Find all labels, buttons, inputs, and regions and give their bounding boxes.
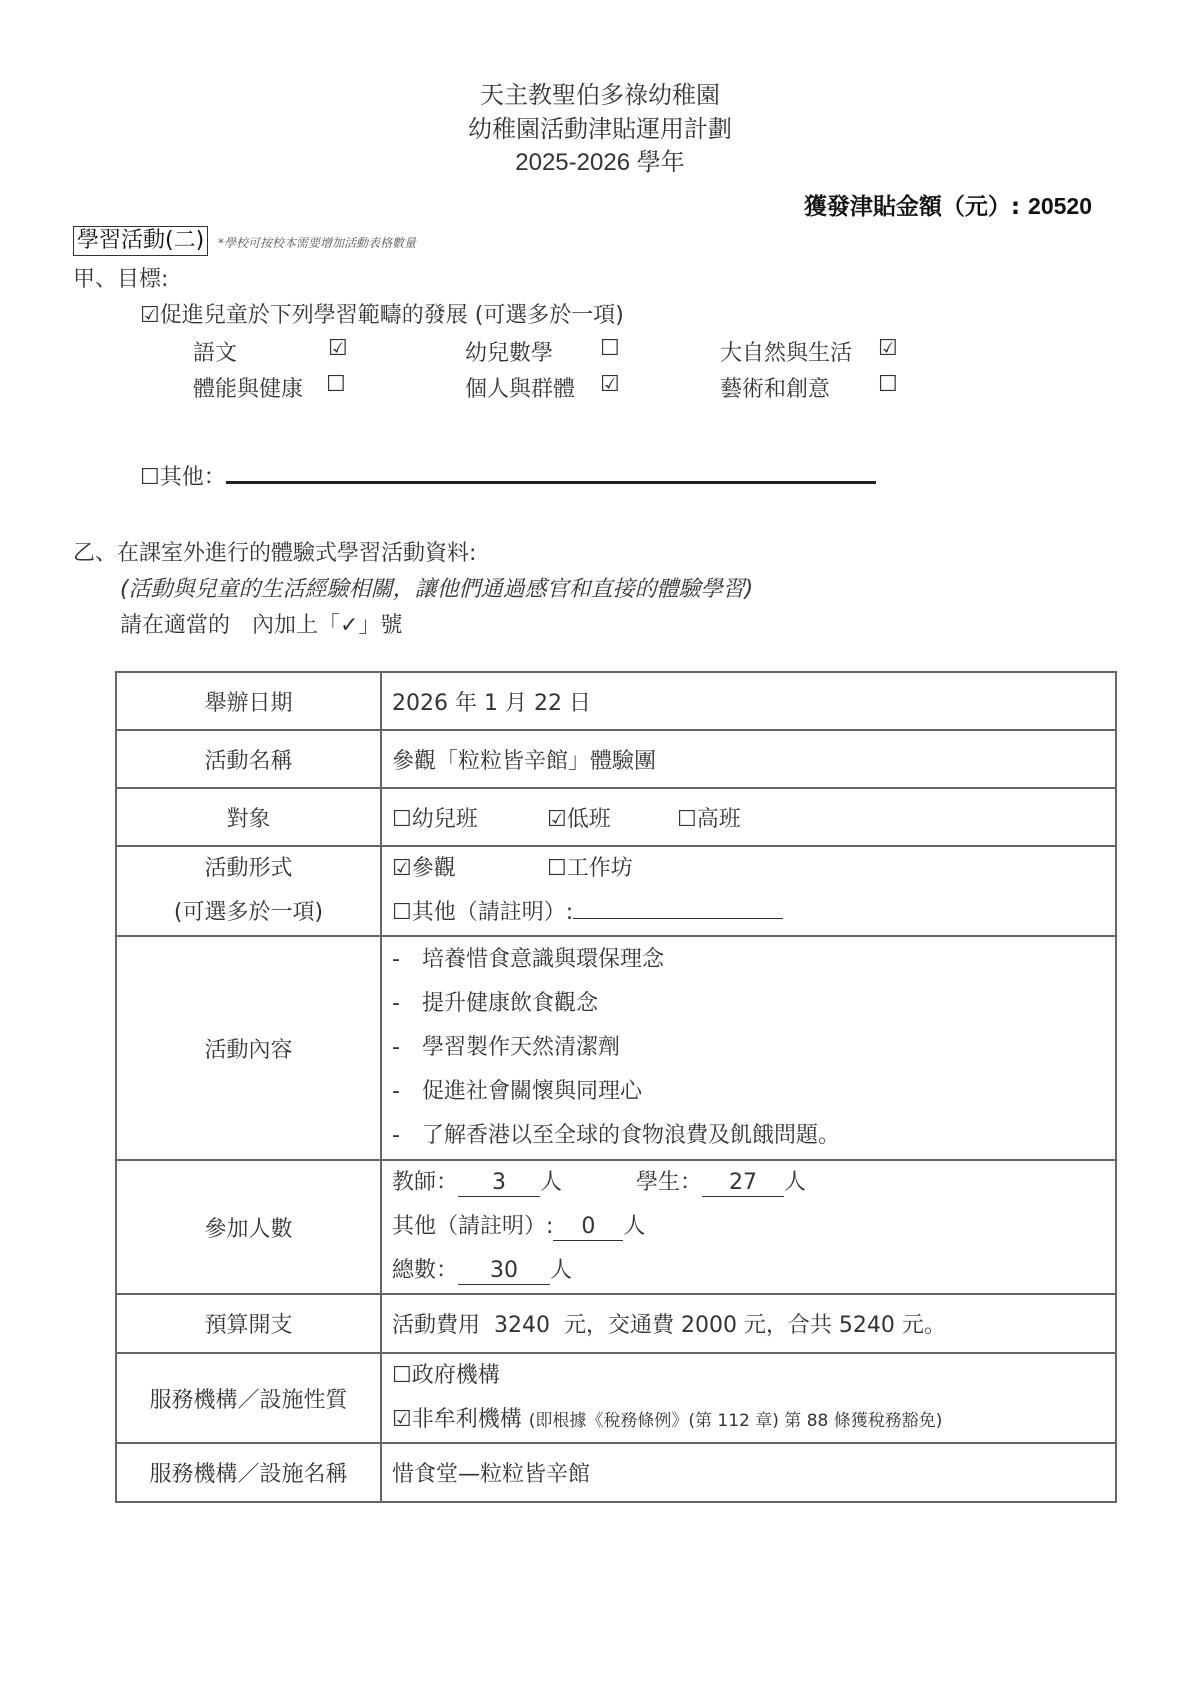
table-row: 活動內容 -培養惜食意識與環保理念 -提升健康飲食觀念 -學習製作天然清潔劑 -…: [116, 936, 1116, 1160]
checkbox-icon[interactable]: ☑: [547, 807, 567, 832]
budget-label: 預算開支: [116, 1294, 381, 1353]
unit-label: 人: [550, 1258, 572, 1283]
activity-heading: 乙、在課室外進行的體驗式學習活動資料:: [73, 536, 476, 567]
list-item: -培養惜食意識與環保理念: [392, 938, 1105, 982]
others-count[interactable]: 0: [553, 1214, 623, 1241]
name-value[interactable]: 參觀「粒粒皆辛館」體驗團: [381, 730, 1116, 788]
area-item: 藝術和創意: [720, 372, 830, 403]
area-label: 幼兒數學: [465, 341, 553, 366]
total-count[interactable]: 30: [458, 1258, 550, 1285]
list-item-text: 提升健康飲食觀念: [422, 991, 598, 1016]
format-option[interactable]: ☑參觀: [392, 847, 547, 891]
target-option[interactable]: ☑低班: [547, 802, 677, 833]
table-row: 預算開支 活動費用 3240 元，交通費 2000 元，合共 5240 元。: [116, 1294, 1116, 1353]
format-option[interactable]: ☐工作坊: [547, 847, 633, 891]
format-label-note: (可選多於一項): [117, 891, 380, 935]
area-checkbox[interactable]: ☐: [326, 372, 346, 397]
main-checkbox[interactable]: ☑: [140, 303, 160, 328]
school-year: 2025-2026 學年: [0, 146, 1200, 180]
checkbox-icon[interactable]: ☑: [392, 1398, 412, 1442]
area-label: 體能與健康: [193, 377, 303, 402]
list-item-text: 培養惜食意識與環保理念: [422, 947, 664, 972]
objectives-heading: 甲、目標:: [73, 262, 168, 293]
section-title: 學習活動(二): [73, 226, 208, 256]
target-option[interactable]: ☐高班: [677, 802, 741, 833]
checkbox-icon[interactable]: ☐: [677, 807, 697, 832]
table-row: 活動形式 (可選多於一項) ☑參觀☐工作坊 ☐其他（請註明）:: [116, 846, 1116, 936]
area-item: 個人與群體: [465, 372, 575, 403]
participants-values: 教師：3人 學生：27人 其他（請註明）:0人 總數：30人: [381, 1160, 1116, 1294]
date-value[interactable]: 2026 年 1 月 22 日: [381, 672, 1116, 730]
area-checkbox[interactable]: ☐: [600, 336, 620, 361]
area-label: 語文: [193, 341, 237, 366]
grant-label: 獲發津貼金額（元）:: [804, 194, 1020, 220]
list-item-text: 學習製作天然清潔劑: [422, 1035, 620, 1060]
activity-table: 舉辦日期 2026 年 1 月 22 日 活動名稱 參觀「粒粒皆辛館」體驗團 對…: [115, 671, 1117, 1503]
list-item-text: 了解香港以至全球的食物浪費及飢餓問題。: [422, 1123, 840, 1148]
checkbox-icon[interactable]: ☐: [392, 891, 412, 935]
org-type-label: 服務機構／設施性質: [116, 1353, 381, 1443]
main-label: 促進兒童於下列學習範疇的發展 (可選多於一項): [160, 303, 624, 328]
area-label: 大自然與生活: [720, 341, 852, 366]
area-checkbox[interactable]: ☐: [878, 372, 898, 397]
content-label: 活動內容: [116, 936, 381, 1160]
unit-label: 人: [540, 1170, 562, 1195]
unit-label: 人: [623, 1214, 645, 1239]
org-name-value[interactable]: 惜食堂—粒粒皆辛館: [381, 1443, 1116, 1502]
school-name: 天主教聖伯多祿幼稚園: [0, 78, 1200, 112]
table-row: 舉辦日期 2026 年 1 月 22 日: [116, 672, 1116, 730]
option-label: 政府機構: [412, 1363, 500, 1388]
org-type-option[interactable]: ☑非牟利機構 (即根據《稅務條例》(第 112 章) 第 88 條獲稅務豁免): [392, 1398, 1105, 1442]
others-label: 其他（請註明）:: [392, 1214, 553, 1239]
table-row: 活動名稱 參觀「粒粒皆辛館」體驗團: [116, 730, 1116, 788]
option-label: 工作坊: [567, 856, 633, 881]
plan-title: 幼稚園活動津貼運用計劃: [0, 112, 1200, 146]
list-item: -提升健康飲食觀念: [392, 982, 1105, 1026]
grant-amount: 獲發津貼金額（元）: 20520: [804, 188, 1092, 221]
area-checkbox[interactable]: ☑: [878, 336, 898, 361]
students-count[interactable]: 27: [702, 1170, 784, 1197]
objectives-main: ☑促進兒童於下列學習範疇的發展 (可選多於一項): [140, 298, 624, 329]
option-label: 非牟利機構: [412, 1407, 522, 1432]
org-type-options: ☐政府機構 ☑非牟利機構 (即根據《稅務條例》(第 112 章) 第 88 條獲…: [381, 1353, 1116, 1443]
document-header: 天主教聖伯多祿幼稚園 幼稚園活動津貼運用計劃 2025-2026 學年: [0, 78, 1200, 180]
date-label: 舉辦日期: [116, 672, 381, 730]
area-checkbox[interactable]: ☑: [600, 372, 620, 397]
area-item: 體能與健康: [193, 372, 303, 403]
other-label: 其他：: [160, 465, 226, 490]
option-label: 幼兒班: [412, 807, 478, 832]
format-other[interactable]: ☐其他（請註明）:: [392, 891, 1105, 935]
objectives-other: ☐其他：: [140, 460, 876, 491]
target-option[interactable]: ☐幼兒班: [392, 802, 547, 833]
org-type-option[interactable]: ☐政府機構: [392, 1354, 1105, 1398]
students-label: 學生：: [636, 1170, 702, 1195]
table-row: 服務機構／設施性質 ☐政府機構 ☑非牟利機構 (即根據《稅務條例》(第 112 …: [116, 1353, 1116, 1443]
list-item-text: 促進社會關懷與同理心: [422, 1079, 642, 1104]
budget-value[interactable]: 活動費用 3240 元，交通費 2000 元，合共 5240 元。: [381, 1294, 1116, 1353]
teachers-count[interactable]: 3: [458, 1170, 540, 1197]
participants-label: 參加人數: [116, 1160, 381, 1294]
target-options: ☐幼兒班☑低班☐高班: [381, 788, 1116, 846]
other-checkbox[interactable]: ☐: [140, 465, 160, 490]
section-note: *學校可按校本需要增加活動表格數量: [218, 234, 416, 251]
org-name-label: 服務機構／設施名稱: [116, 1443, 381, 1502]
total-label: 總數：: [392, 1258, 458, 1283]
list-item: -促進社會關懷與同理心: [392, 1070, 1105, 1114]
area-item: 大自然與生活: [720, 336, 852, 367]
option-note: (即根據《稅務條例》(第 112 章) 第 88 條獲稅務豁免): [529, 1411, 943, 1431]
table-row: 對象 ☐幼兒班☑低班☐高班: [116, 788, 1116, 846]
checkbox-icon[interactable]: ☑: [392, 847, 412, 891]
list-item: -學習製作天然清潔劑: [392, 1026, 1105, 1070]
area-item: 幼兒數學: [465, 336, 553, 367]
checkbox-instruction: 請在適當的 內加上「✓」號: [120, 608, 402, 639]
checkbox-icon[interactable]: ☐: [547, 847, 567, 891]
option-label: 高班: [697, 807, 741, 832]
option-label: 參觀: [412, 856, 456, 881]
content-list: -培養惜食意識與環保理念 -提升健康飲食觀念 -學習製作天然清潔劑 -促進社會關…: [381, 936, 1116, 1160]
area-label: 個人與群體: [465, 377, 575, 402]
teachers-label: 教師：: [392, 1170, 458, 1195]
activity-subheading: (活動與兒童的生活經驗相關，讓他們通過感官和直接的體驗學習): [120, 572, 753, 603]
list-item: -了解香港以至全球的食物浪費及飢餓問題。: [392, 1114, 1105, 1158]
other-input-line[interactable]: [226, 463, 876, 484]
other-input-line[interactable]: [573, 918, 783, 919]
table-row: 服務機構／設施名稱 惜食堂—粒粒皆辛館: [116, 1443, 1116, 1502]
format-label-cell: 活動形式 (可選多於一項): [116, 846, 381, 936]
option-label: 低班: [567, 807, 611, 832]
other-label: 其他（請註明）:: [412, 900, 573, 925]
format-label: 活動形式: [117, 847, 380, 891]
name-label: 活動名稱: [116, 730, 381, 788]
table-row: 參加人數 教師：3人 學生：27人 其他（請註明）:0人 總數：30人: [116, 1160, 1116, 1294]
checkbox-icon[interactable]: ☐: [392, 807, 412, 832]
unit-label: 人: [784, 1170, 806, 1195]
checkbox-icon[interactable]: ☐: [392, 1354, 412, 1398]
area-label: 藝術和創意: [720, 377, 830, 402]
area-item: 語文: [193, 336, 237, 367]
grant-value: 20520: [1028, 193, 1092, 219]
target-label: 對象: [116, 788, 381, 846]
area-checkbox[interactable]: ☑: [328, 336, 348, 361]
format-options: ☑參觀☐工作坊 ☐其他（請註明）:: [381, 846, 1116, 936]
